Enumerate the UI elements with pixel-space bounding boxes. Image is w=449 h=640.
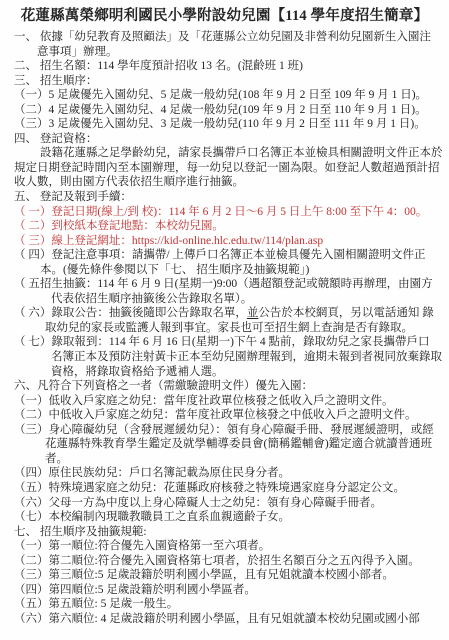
document-line: （ 三）線上登記網址：https://kid-online.hlc.edu.tw… bbox=[14, 234, 443, 249]
document-line: 五、 登記及報到手續： bbox=[14, 190, 443, 205]
document-line: （ 四）登記注意事項：請攜帶/ 上傳戶口名簿正本並檢具優先入園相關證明文件正 bbox=[14, 248, 443, 263]
document-line: 四、 登記資格： bbox=[14, 132, 443, 147]
document-line: （一）5 足歲優先入園幼兒、5 足歲一般幼兒(108 年 9 月 2 日至 10… bbox=[14, 88, 443, 103]
document-line: （七）本校編制內現職教職員工之直系血親適齡子女。 bbox=[14, 510, 443, 525]
document-line: 三、 招生順序： bbox=[14, 74, 443, 89]
document-line: 花蓮縣特殊教育學生鑑定及就學輔導委員會(簡稱鑑輔會)鑑定適合就讀普通班 bbox=[14, 437, 443, 452]
document-line: （四）第四順位:5 足歲設籍於明利國小學區者。 bbox=[14, 583, 443, 598]
document-line: （二）第二順位:符合優先入園資格第七項者，於招生名額百分之五內得予入園。 bbox=[14, 554, 443, 569]
document-line: （二）中低收入戶家庭之幼兒：當年度社政單位核發之中低收入戶之證明文件。 bbox=[14, 408, 443, 423]
document-line: 名簿正本及預防注射黃卡正本至幼兒園辦理報到，逾期未報到者視同放棄錄取 bbox=[14, 350, 443, 365]
document-line: （五）第五順位: 5 足歲一般生。 bbox=[14, 597, 443, 612]
text-segment: （ 六）錄取公告：抽籤後隨即公告錄取名單， bbox=[14, 307, 247, 319]
document-line: 本。(優先條件參閱以下「七、 招生順序及抽籤規範」) bbox=[14, 263, 443, 278]
document-title: 花蓮縣萬榮鄉明利國民小學附設幼兒園【114 學年度招生簡章】 bbox=[0, 0, 449, 26]
document-line: （五）特殊境遇家庭之幼兒：花蓮縣政府核發之特殊境遇家庭身分認定公文。 bbox=[14, 481, 443, 496]
document-line: （ 一）登記日期(線上/到 校)：114 年 6 月 2 日～6 月 5 日上午… bbox=[14, 205, 443, 220]
document-line: （三）3 足歲優先入園幼兒、3 足歲一般幼兒(110 年 9 月 2 日至 11… bbox=[14, 117, 443, 132]
document-line: 取幼兒的家長或監護人報到事宜。家長也可至招生網上查詢是否有錄取。 bbox=[14, 321, 443, 336]
document-line: （二）4 足歲優先入園幼兒、4 足歲一般幼兒(109 年 9 月 2 日至 11… bbox=[14, 103, 443, 118]
document-line: （三）身心障礙幼兒（含發展遲緩幼兒）：領有身心障礙手冊、發展遲緩證明，或經 bbox=[14, 423, 443, 438]
scanned-document-page: 花蓮縣萬榮鄉明利國民小學附設幼兒園【114 學年度招生簡章】 一、 依據「幼兒教… bbox=[0, 0, 449, 640]
document-line: 代表依招生順序抽籤後公告錄取名單）。 bbox=[14, 292, 443, 307]
document-line: 設籍花蓮縣之足學齡幼兒，請家長攜帶戶口名簿正本並檢具相關證明文件正本於 bbox=[14, 146, 443, 161]
document-line: 二、 招生名額：114 學年度預計招收 13 名。(混齡班 1 班) bbox=[14, 59, 443, 74]
document-line: （四）原住民族幼兒：戶口名簿記載為原住民身分者。 bbox=[14, 466, 443, 481]
document-line: （三）第三順位:5 足歲設籍於明利國小學區，且有兄姐就讀本校國小部者。 bbox=[14, 568, 443, 583]
document-line: （ 二）到校紙本登記地點：本校幼兒園。 bbox=[14, 219, 443, 234]
document-line: （一）第一順位:符合優先入園資格第一至六項者。 bbox=[14, 539, 443, 554]
document-body: 一、 依據「幼兒教育及照顧法」及「花蓮縣公立幼兒園及非營利幼兒園新生入園注意事項… bbox=[0, 26, 449, 626]
document-line: 收人數，則由園方代表依招生順序進行抽籤。 bbox=[14, 175, 443, 190]
document-line: （六）父母一方為中度以上身心障礙人士之幼兒：領有身心障礙手冊者。 bbox=[14, 496, 443, 511]
document-line: （ 七）錄取報到：114 年 6 月 16 日(星期一)下午 4 點前，錄取幼兒… bbox=[14, 335, 443, 350]
document-line: （ 六）錄取公告：抽籤後隨即公告錄取名單，並公告於本校網頁，另以電話通知 錄 bbox=[14, 306, 443, 321]
document-line: 六、凡符合下列資格之一者（需繳驗證明文件）優先入園： bbox=[14, 379, 443, 394]
document-line: 一、 依據「幼兒教育及照顧法」及「花蓮縣公立幼兒園及非營利幼兒園新生入園注 bbox=[14, 30, 443, 45]
document-line: 意事項」辦理。 bbox=[14, 45, 443, 60]
document-line: （ 五招生抽籤：114 年 6 月 9 日(星期一)9:00（遇超額登記或競額時… bbox=[14, 277, 443, 292]
document-line: 規定日期登記時間內至本園辦理，每一幼兒以登記一園為限。如登記人數超過預計招 bbox=[14, 161, 443, 176]
document-line: （一）低收入戶家庭之幼兒：當年度社政單位核發之低收入戶之證明文件。 bbox=[14, 394, 443, 409]
underlined-text: 並 bbox=[247, 307, 259, 319]
document-line: （六）第六順位: 4 足歲設籍於明利國小學區，且有兄姐就讀本校幼兒園或國小部 bbox=[14, 612, 443, 627]
document-line: 七、 招生順序及抽籤規範: bbox=[14, 525, 443, 540]
document-line: 者。 bbox=[14, 452, 443, 467]
text-segment: 公告於本校網頁，另以電話通知 錄 bbox=[258, 307, 433, 319]
document-line: 資格，將錄取資格給予遞補人選。 bbox=[14, 365, 443, 380]
